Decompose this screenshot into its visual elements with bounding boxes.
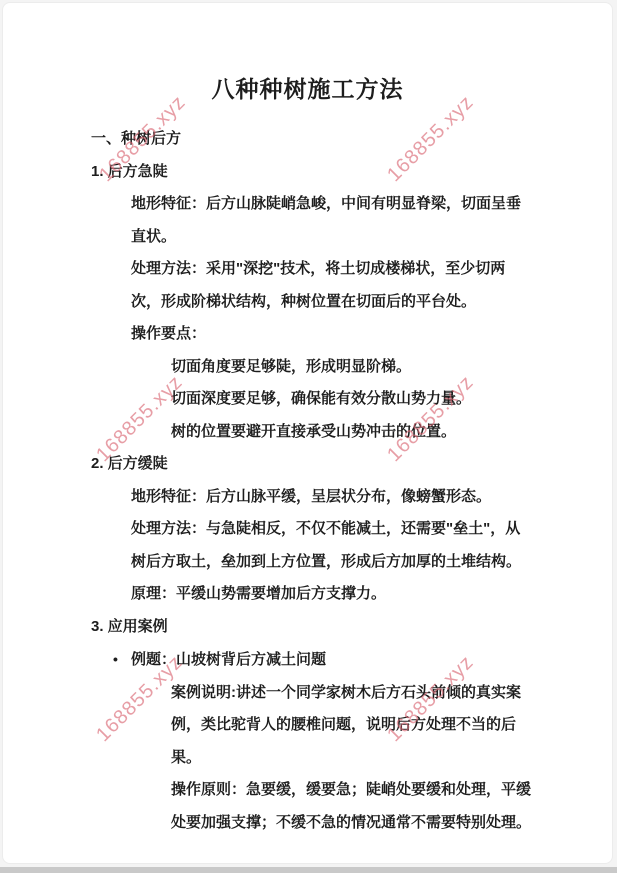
document-viewer: 168855.xyz 168855.xyz 168855.xyz 168855.… [0, 0, 617, 873]
bullet-marker: • [113, 643, 131, 676]
example-item-text: 例题：山坡树背后方减土问题 [131, 651, 326, 668]
example-list-item: •例题：山坡树背后方减土问题 [113, 643, 535, 677]
handling-method-para-2: 处理方法：与急陡相反，不仅不能减土，还需要"垒土"，从树后方取土，垒加到上方位置… [131, 513, 535, 578]
document-content: 一、种树后方 1. 后方急陡 地形特征：后方山脉陡峭急峻，中间有明显脊梁，切面呈… [3, 123, 612, 839]
sub-point-angle: 切面角度要足够陡，形成明显阶梯。 [171, 351, 535, 384]
page-gap [0, 867, 617, 873]
principle-para: 原理：平缓山势需要增加后方支撑力。 [131, 578, 535, 611]
document-title: 八种种树施工方法 [3, 74, 612, 104]
numbered-item-3: 3. 应用案例 [91, 611, 612, 644]
numbered-item-1: 1. 后方急陡 [91, 156, 612, 189]
section-heading-1: 一、种树后方 [91, 123, 612, 156]
terrain-feature-para-2: 地形特征：后方山脉平缓，呈层状分布，像螃蟹形态。 [131, 481, 535, 514]
handling-method-para: 处理方法：采用"深挖"技术，将土切成楼梯状，至少切两次，形成阶梯状结构，种树位置… [131, 253, 535, 318]
sub-point-position: 树的位置要避开直接承受山势冲击的位置。 [171, 416, 535, 449]
numbered-item-2: 2. 后方缓陡 [91, 448, 612, 481]
sub-point-depth: 切面深度要足够，确保能有效分散山势力量。 [171, 383, 535, 416]
operation-principle-para: 操作原则：急要缓，缓要急；陡峭处要缓和处理，平缓处要加强支撑；不缓不急的情况通常… [171, 774, 535, 839]
operation-points-label: 操作要点： [131, 318, 535, 351]
terrain-feature-para: 地形特征：后方山脉陡峭急峻，中间有明显脊梁，切面呈垂直状。 [131, 188, 535, 253]
document-page: 168855.xyz 168855.xyz 168855.xyz 168855.… [2, 2, 613, 864]
case-description-para: 案例说明:讲述一个同学家树木后方石头前倾的真实案例，类比驼背人的腰椎问题，说明后… [171, 677, 535, 775]
